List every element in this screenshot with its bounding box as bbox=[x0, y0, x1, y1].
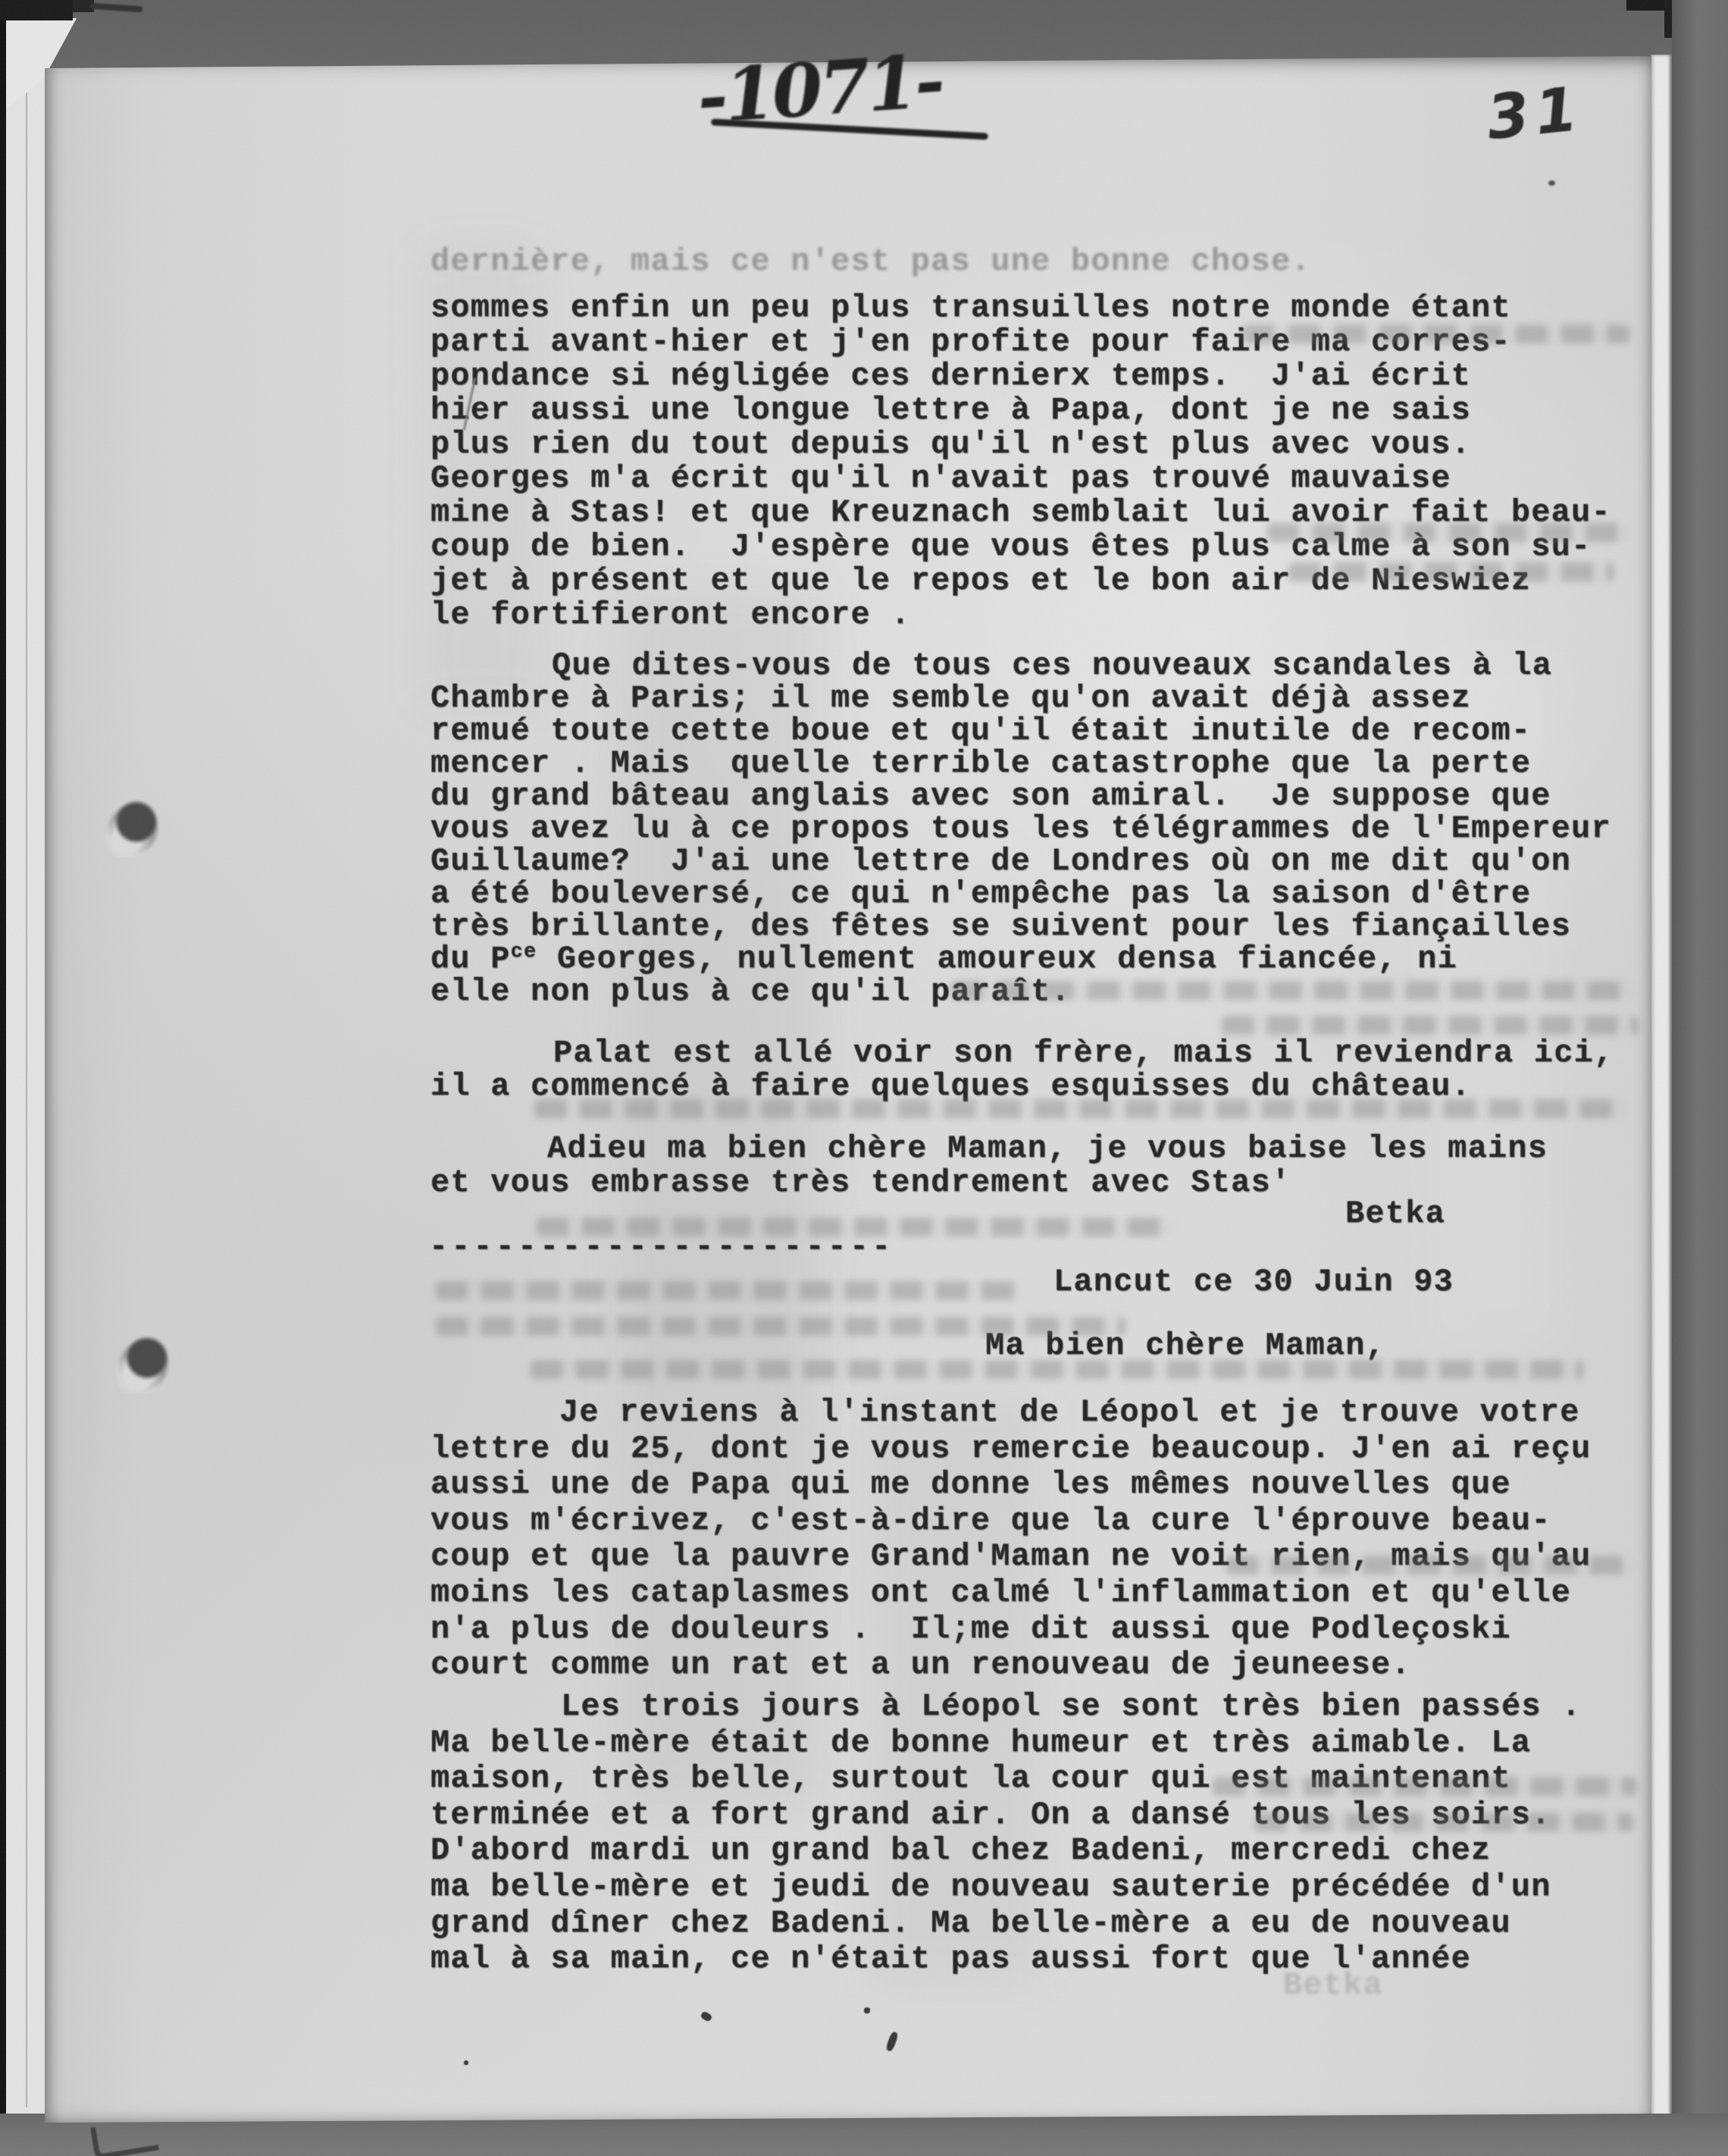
typed-line: et vous embrasse très tendrement avec St… bbox=[430, 1165, 1291, 1200]
handwritten-page-number: 31 bbox=[1484, 79, 1586, 149]
typed-line: Chambre à Paris; il me semble qu'on avai… bbox=[430, 681, 1471, 716]
bleedthrough-smudge bbox=[436, 1281, 1019, 1300]
bleedthrough-smudge bbox=[1213, 1777, 1637, 1796]
typed-line: vous avez lu à ce propos tous les télégr… bbox=[430, 811, 1611, 846]
bleedthrough-smudge bbox=[1243, 324, 1629, 343]
faded-overleaf-line: dernière, mais ce n'est pas une bonne ch… bbox=[430, 244, 1311, 279]
typed-line: Guillaume? J'ai une lettre de Londres où… bbox=[430, 844, 1571, 879]
typed-line: mencer . Mais quelle terrible catastroph… bbox=[430, 746, 1531, 781]
bleedthrough-smudge bbox=[1267, 523, 1631, 542]
page-stack-edge-right bbox=[1651, 55, 1672, 2120]
typed-line: Les trois jours à Léopol se sont très bi… bbox=[561, 1689, 1582, 1724]
bleedthrough-smudge bbox=[1226, 1556, 1636, 1575]
typed-line: n'a plus de douleurs . Il;me dit aussi q… bbox=[430, 1612, 1511, 1647]
typed-line: D'abord mardi un grand bal chez Badeni, … bbox=[430, 1833, 1491, 1868]
bleedthrough-smudge bbox=[1288, 563, 1614, 581]
typed-line: ma belle-mère et jeudi de nouveau sauter… bbox=[430, 1869, 1551, 1904]
typed-line: Adieu ma bien chère Maman, je vous baise… bbox=[547, 1131, 1548, 1166]
bleedthrough-smudge bbox=[1222, 1016, 1639, 1035]
microfilm-scan: -1071- 31 dernière, mais ce n'est pas un… bbox=[0, 0, 1728, 2156]
binding-clip-mark bbox=[0, 0, 73, 20]
typed-line: remué toute cette boue et qu'il était in… bbox=[430, 713, 1531, 748]
typed-line: aussi une de Papa qui me donne les mêmes… bbox=[430, 1467, 1511, 1502]
typed-line: court comme un rat et a un renouveau de … bbox=[430, 1647, 1411, 1682]
typed-line: Palat est allé voir son frère, mais il r… bbox=[553, 1036, 1614, 1070]
line-post: Georges, nullement amoureux densa fiancé… bbox=[537, 941, 1457, 977]
typed-line: le fortifieront encore . bbox=[430, 597, 911, 632]
film-edge-strip bbox=[0, 0, 6, 2156]
typed-line: sommes enfin un peu plus transuilles not… bbox=[430, 290, 1511, 325]
typed-line: lettre du 25, dont je vous remercie beau… bbox=[430, 1431, 1591, 1466]
hole-punch-bottom bbox=[114, 1334, 174, 1393]
typed-line: Georges m'a écrit qu'il n'avait pas trou… bbox=[430, 461, 1451, 496]
bleedthrough-smudge bbox=[534, 1099, 1626, 1118]
binding-pin bbox=[89, 3, 142, 13]
bleedthrough-smudge bbox=[537, 1217, 1173, 1236]
superscript-ce: ce bbox=[511, 941, 537, 964]
bleedthrough-smudge bbox=[951, 981, 1633, 1000]
typed-line: Que dites-vous de tous ces nouveaux scan… bbox=[552, 648, 1552, 683]
typed-line: Je reviens à l'instant de Léopol et je t… bbox=[559, 1395, 1580, 1430]
typed-line: moins les cataplasmes ont calmé l'inflam… bbox=[430, 1575, 1571, 1610]
ink-speck bbox=[864, 2007, 870, 2013]
typed-line: vous m'écrivez, c'est-à-dire que la cure… bbox=[430, 1503, 1551, 1538]
scanner-background-right bbox=[1672, 0, 1728, 2156]
underlying-page-edge-line bbox=[26, 68, 27, 2107]
bleedthrough-smudge bbox=[436, 1317, 1125, 1336]
line-pre: du P bbox=[430, 941, 511, 977]
bleedthrough-smudge bbox=[1254, 1813, 1633, 1832]
dateline: Lancut ce 30 Juin 93 bbox=[1053, 1264, 1454, 1299]
bleedthrough-smudge bbox=[531, 1360, 1584, 1379]
typed-line: hier aussi une longue lettre à Papa, don… bbox=[430, 393, 1471, 428]
typed-line: très brillante, des fêtes se suivent pou… bbox=[430, 909, 1571, 944]
typed-line: plus rien du tout depuis qu'il n'est plu… bbox=[430, 427, 1471, 462]
bleedthrough-signature: Betka bbox=[1283, 1968, 1383, 2003]
typed-line: a été bouleversé, ce qui n'empêche pas l… bbox=[430, 876, 1531, 911]
pencil-dot bbox=[1548, 180, 1555, 186]
hole-punch-top bbox=[104, 798, 163, 857]
typed-line: Ma belle-mère était de bonne humeur et t… bbox=[430, 1725, 1531, 1760]
typed-line: du grand bâteau anglais avec son amiral.… bbox=[430, 779, 1551, 813]
ink-speck bbox=[464, 2060, 468, 2065]
signature: Betka bbox=[1345, 1196, 1445, 1231]
typed-line: pondance si négligée ces dernierx temps.… bbox=[430, 359, 1471, 393]
typed-line: grand dîner chez Badeni. Ma belle-mère a… bbox=[430, 1906, 1511, 1941]
